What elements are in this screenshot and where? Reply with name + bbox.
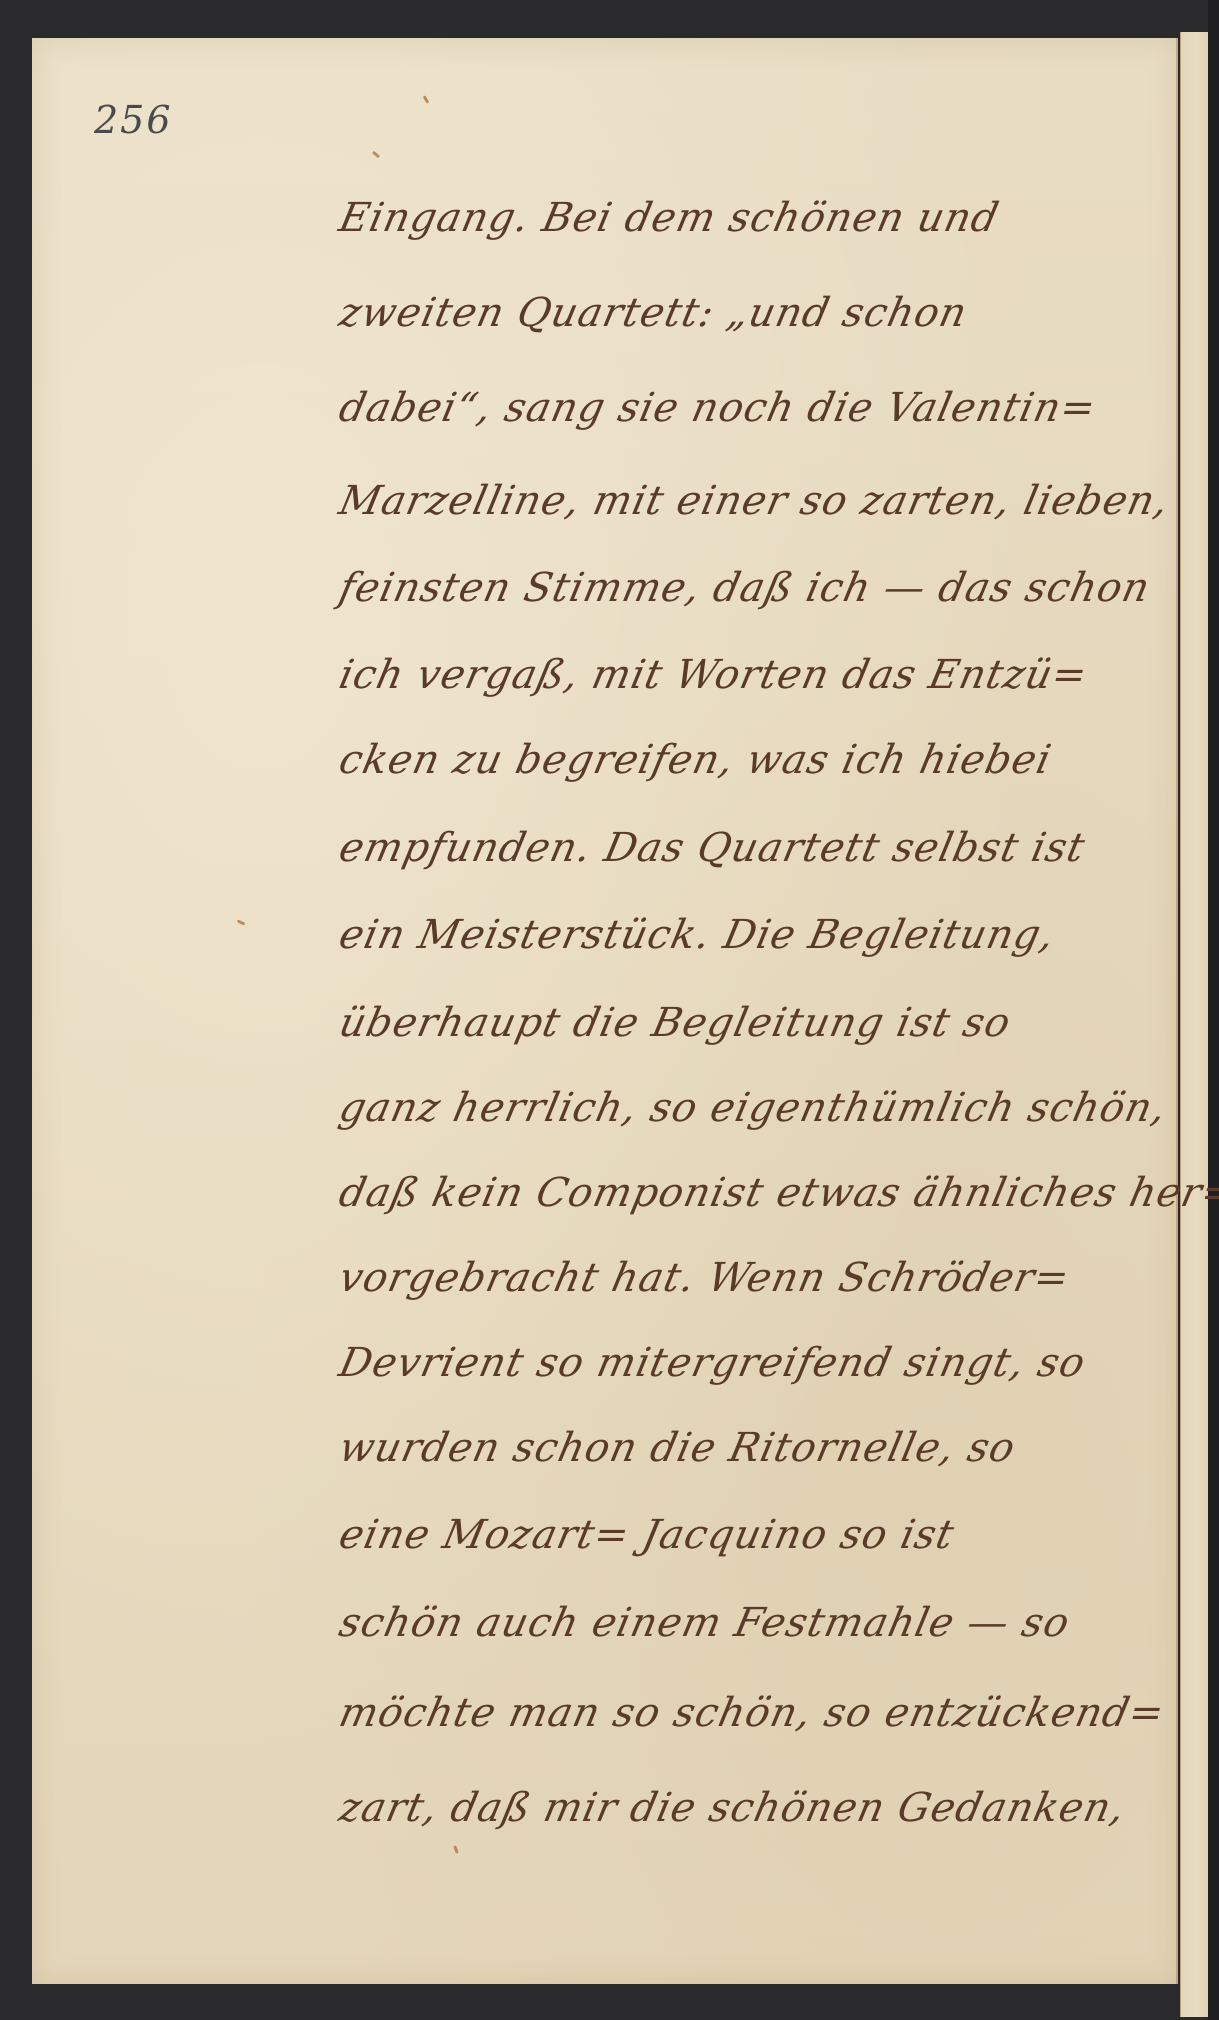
text-line: zweiten Quartett: „und schon bbox=[335, 290, 971, 336]
text-line: ich vergaß, mit Worten das Entzü= bbox=[335, 652, 1092, 698]
text-line: zart, daß mir die schönen Gedanken, bbox=[335, 1785, 1129, 1831]
text-line: Devrient so mitergreifend singt, so bbox=[335, 1340, 1090, 1386]
text-line: möchte man so schön, so entzückend= bbox=[335, 1690, 1169, 1736]
text-line: eine Mozart= Jacquino so ist bbox=[335, 1512, 959, 1558]
paper-speck bbox=[372, 151, 380, 158]
page-number: 256 bbox=[94, 98, 173, 142]
text-line: cken zu begreifen, was ich hiebei bbox=[335, 737, 1056, 783]
paper-speck bbox=[453, 1845, 459, 1854]
book-spine-shadow bbox=[1208, 0, 1219, 2020]
text-line: überhaupt die Begleitung ist so bbox=[335, 1000, 1015, 1046]
text-line: Eingang. Bei dem schönen und bbox=[335, 195, 1003, 241]
text-line: dabei“, sang sie noch die Valentin= bbox=[335, 385, 1100, 431]
manuscript-scan: 256 Eingang. Bei dem schönen und zweiten… bbox=[0, 0, 1219, 2020]
text-line: vorgebracht hat. Wenn Schröder= bbox=[335, 1255, 1074, 1301]
text-line: Marzelline, mit einer so zarten, lieben, bbox=[335, 478, 1173, 524]
adjacent-page-edge bbox=[1180, 32, 1208, 2017]
paper-speck bbox=[423, 95, 430, 103]
text-line: ganz herrlich, so eigenthümlich schön, bbox=[335, 1085, 1171, 1131]
text-line: daß kein Componist etwas ähnliches her= bbox=[335, 1170, 1219, 1216]
text-line: ein Meisterstück. Die Begleitung, bbox=[335, 912, 1059, 958]
text-line: empfunden. Das Quartett selbst ist bbox=[335, 825, 1089, 871]
paper-speck bbox=[237, 919, 246, 925]
text-line: schön auch einem Festmahle — so bbox=[335, 1600, 1074, 1646]
text-line: wurden schon die Ritornelle, so bbox=[335, 1425, 1020, 1471]
text-line: feinsten Stimme, daß ich — das schon bbox=[335, 565, 1154, 611]
